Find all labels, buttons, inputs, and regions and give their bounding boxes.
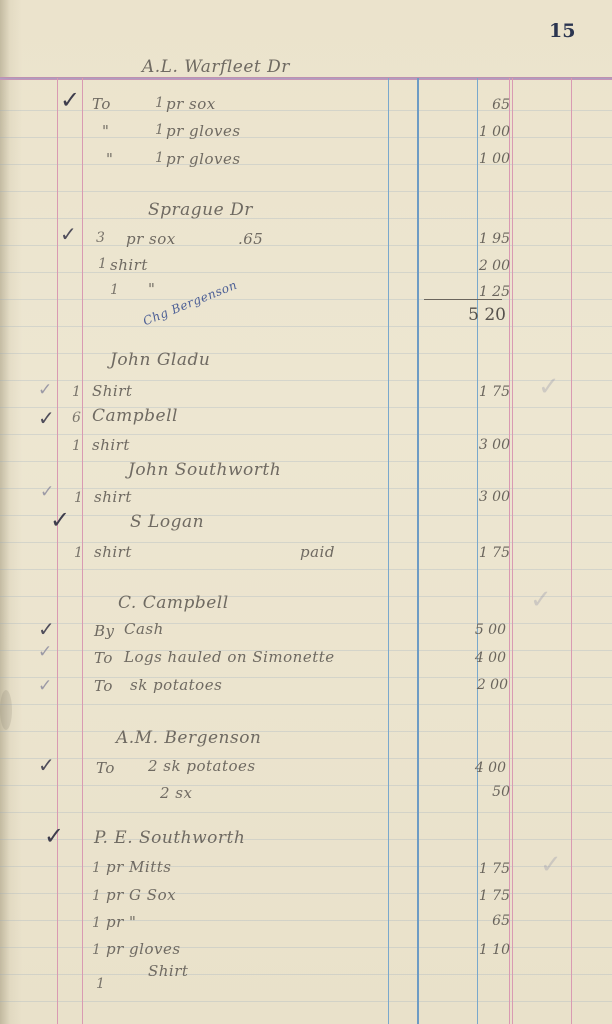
entry-amount: 65: [450, 913, 510, 929]
check-mark-icon: ✓: [38, 753, 55, 777]
entry-qty: 1: [72, 438, 81, 454]
entry-prefix: To: [94, 649, 113, 667]
entry-amount: 5 00: [446, 622, 506, 638]
entry-rate: .65: [238, 230, 263, 248]
account-name: S Logan: [130, 512, 204, 532]
entry-prefix: By: [94, 622, 115, 640]
entry-item: Shirt: [148, 962, 188, 980]
entry-qty: 1: [96, 976, 105, 992]
entry-qty: 1: [110, 282, 119, 298]
account-name: Sprague Dr: [148, 200, 253, 220]
entry-qty: 1: [92, 942, 101, 958]
entry-qty: 1: [74, 490, 83, 506]
account-name: John Gladu: [110, 350, 210, 370]
entry-item: Cash: [124, 620, 164, 638]
entry-qty: 1: [155, 122, 164, 138]
entry-amount: 2 00: [448, 677, 508, 693]
entry-qty: 1: [92, 888, 101, 904]
header-rule: [0, 77, 612, 80]
account-name: C. Campbell: [118, 593, 229, 613]
entry-item: Campbell: [92, 406, 178, 426]
entry-amount: 4 00: [446, 760, 506, 776]
entry-qty: 6: [72, 410, 81, 426]
entry-item: Shirt: [92, 382, 132, 400]
entry-amount: 1 25: [450, 284, 510, 300]
entry-item: pr sox: [166, 95, 216, 113]
ledger-page: 15 A.L. Warfleet Dr ✓ To 1 pr sox 65 " 1…: [0, 0, 612, 1024]
entry-amount: 1 75: [450, 545, 510, 561]
entry-amount: 1 75: [450, 861, 510, 877]
entry-qty: 3: [96, 230, 105, 246]
entry-amount: 2 00: [450, 258, 510, 274]
entry-amount: 1 10: [450, 942, 510, 958]
entry-item: Logs hauled on Simonette: [124, 648, 335, 666]
amount-column-rule-left: [417, 78, 419, 1024]
entry-amount: 1 00: [450, 124, 510, 140]
entry-item: shirt: [94, 488, 132, 506]
account-name: A.M. Bergenson: [116, 728, 261, 748]
entry-amount: 3 00: [450, 437, 510, 453]
entry-prefix: To: [92, 95, 111, 113]
entry-item: pr ": [106, 913, 136, 931]
check-mark-icon: ✓: [38, 406, 55, 430]
entry-prefix: ": [106, 150, 113, 168]
page-number: 15: [549, 20, 575, 42]
account-name: A.L. Warfleet Dr: [142, 57, 290, 77]
extra-column-rule: [571, 78, 572, 1024]
entry-item: pr G Sox: [106, 886, 176, 904]
entry-qty: 1: [74, 545, 83, 561]
entry-item: ": [148, 280, 155, 298]
check-mark-icon: ✓: [40, 482, 54, 502]
entry-item: pr gloves: [166, 150, 241, 168]
entry-qty: 1: [72, 384, 81, 400]
check-mark-icon: ✓: [50, 506, 70, 534]
entry-prefix: ": [102, 122, 109, 140]
entry-item: sk potatoes: [130, 676, 222, 694]
check-mark-icon: ✓: [38, 642, 52, 662]
entry-amount: 3 00: [450, 489, 510, 505]
folio-column-rule-left: [388, 78, 389, 1024]
check-mark-icon: ✓: [38, 676, 52, 696]
entry-amount: 1 00: [450, 151, 510, 167]
entry-item: pr Mitts: [106, 858, 171, 876]
account-name: P. E. Southworth: [94, 828, 245, 848]
check-column-rule: [57, 78, 58, 1024]
amount-column-rule-right-double: [512, 78, 513, 1024]
check-mark-icon: ✓: [60, 222, 77, 246]
entry-item: 2 sk potatoes: [148, 757, 256, 775]
subtotal-line: [424, 299, 502, 300]
entry-prefix: To: [94, 677, 113, 695]
entry-item: pr gloves: [166, 122, 241, 140]
entry-qty: 1: [155, 150, 164, 166]
page-smudge: [0, 690, 12, 730]
entry-item: pr gloves: [106, 940, 181, 958]
faint-check-mark-icon: ✓: [538, 372, 560, 402]
check-mark-icon: ✓: [60, 86, 80, 114]
entry-amount: 50: [450, 784, 510, 800]
entry-item: shirt: [92, 436, 130, 454]
paid-note: paid: [300, 543, 335, 561]
entry-amount: 4 00: [446, 650, 506, 666]
entry-qty: 1: [92, 860, 101, 876]
faint-check-mark-icon: ✓: [540, 850, 562, 880]
account-total: 5 20: [446, 305, 506, 325]
entry-item: pr sox: [126, 230, 176, 248]
entry-amount: 1 75: [450, 888, 510, 904]
entry-qty: 1: [155, 95, 164, 111]
entry-item: 2 sx: [160, 784, 192, 802]
faint-check-mark-icon: ✓: [530, 585, 552, 615]
entry-item: shirt: [110, 256, 148, 274]
check-mark-icon: ✓: [44, 822, 64, 850]
entry-amount: 1 75: [450, 384, 510, 400]
entry-prefix: To: [96, 759, 115, 777]
account-name: John Southworth: [128, 460, 281, 480]
check-mark-icon: ✓: [38, 617, 55, 641]
entry-qty: 1: [92, 915, 101, 931]
entry-amount: 65: [450, 97, 510, 113]
entry-item: shirt: [94, 543, 132, 561]
check-mark-icon: ✓: [38, 380, 52, 400]
entry-amount: 1 95: [450, 231, 510, 247]
entry-qty: 1: [98, 256, 107, 272]
